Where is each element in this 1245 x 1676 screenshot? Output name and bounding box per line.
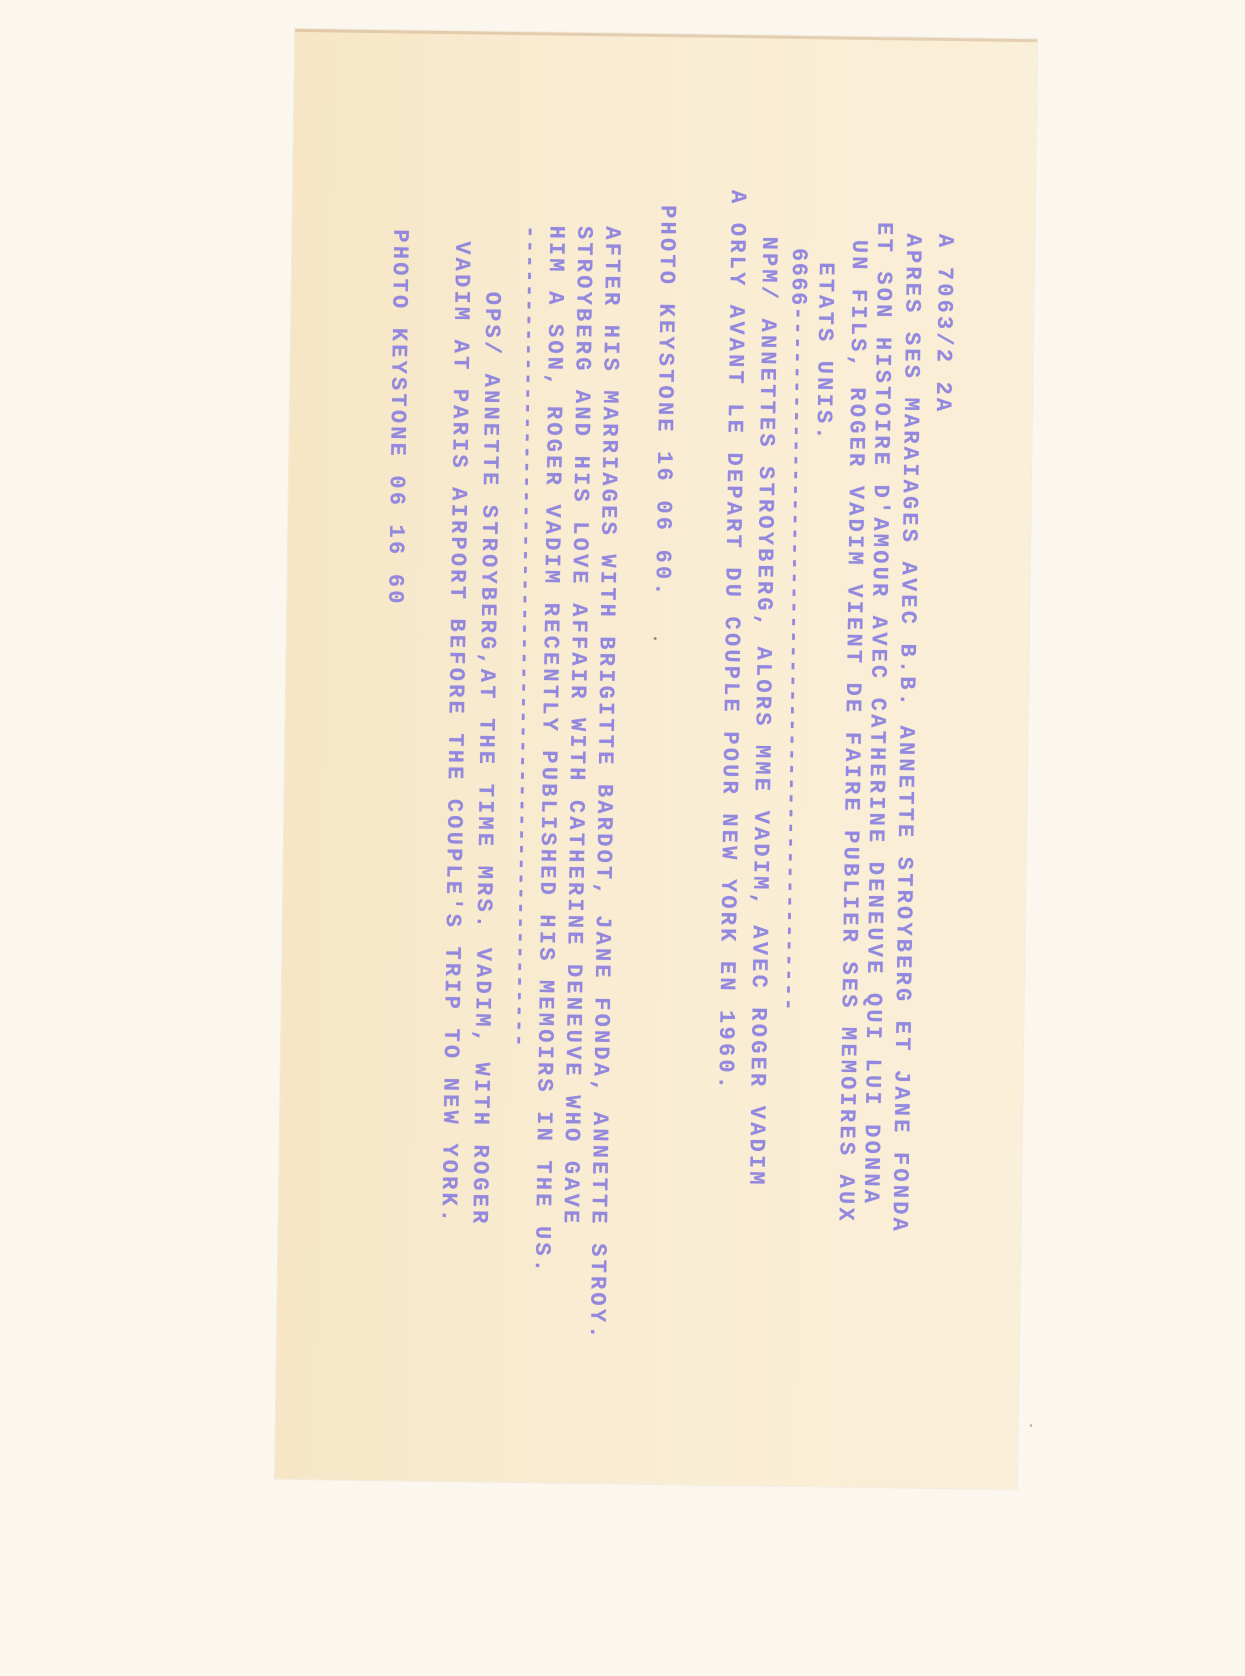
french-separator: 6666------------------------------------… [776,248,809,1013]
french-photo-credit: PHOTO KEYSTONE 16 06 60. [650,205,677,599]
reference-number: A 7063/2 2A [931,234,956,415]
caption-slip: A 7063/2 2A APRES SES MARAIAGES AVEC B.B… [275,29,1037,1489]
english-caption-line-1: OPS/ ANNETTE STROYBERG,AT THE TIME MRS. … [467,292,502,1227]
english-photo-credit: PHOTO KEYSTONE 06 16 60 [383,229,410,607]
background-speck [1030,1424,1032,1427]
paper-speck [654,637,657,640]
french-line-4: ETATS UNIS. [811,262,836,443]
french-caption-line-2: A ORLY AVANT LE DEPART DU COUPLE POUR NE… [713,190,748,1092]
english-caption-line-2: VADIM AT PARIS AIRPORT BEFORE THE COUPLE… [436,241,472,1225]
french-caption-line-1: NPM/ ANNETTES STROYBERG, ALORS MME VADIM… [744,236,779,1188]
rotated-text-block: A 7063/2 2A APRES SES MARAIAGES AVEC B.B… [275,29,1037,1489]
